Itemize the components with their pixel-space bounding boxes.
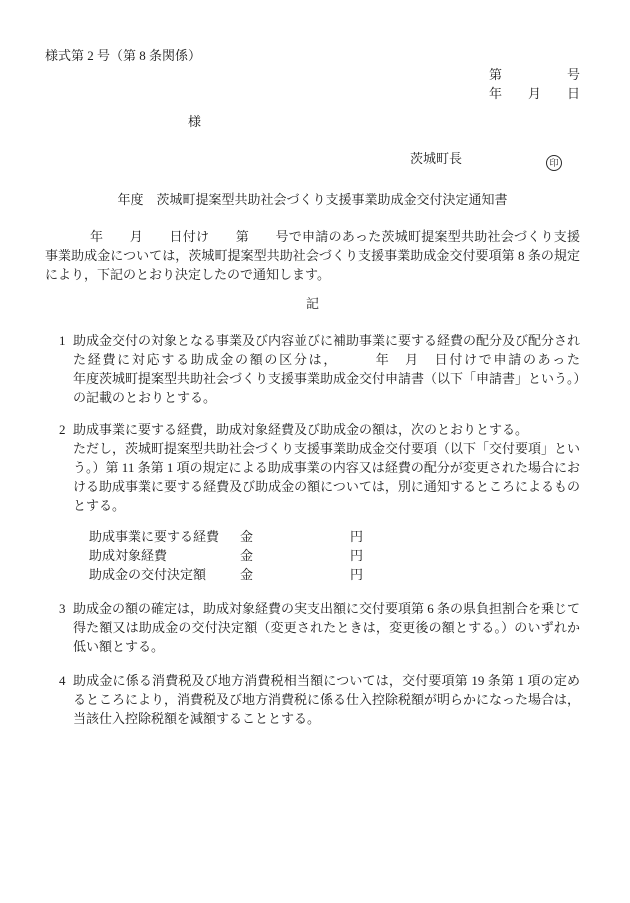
item-4-text: 助成金に係る消費税及び地方消費税相当額については，交付要項第 19 条第 1 項…: [73, 673, 580, 726]
currency-unit: 円: [350, 548, 363, 563]
item-2-text: 助成事業に要する経費，助成対象経費及び助成金の額は，次のとおりとする。: [73, 422, 528, 437]
currency-unit: 円: [350, 529, 363, 544]
addressee-honorific: 様: [188, 112, 580, 131]
ki-heading: 記: [45, 294, 580, 313]
item-1-number: 1: [59, 331, 66, 350]
amount-row-project-cost: 助成事業に要する経費金円: [89, 527, 580, 546]
item-2-number: 2: [59, 420, 66, 439]
currency-prefix: 金: [240, 529, 253, 544]
document-page: 様式第 2 号（第 8 条関係） 第 号 年 月 日 様 茨城町長印 年度 茨城…: [0, 0, 630, 903]
item-4-number: 4: [59, 671, 66, 690]
doc-date-line: 年 月 日: [45, 84, 580, 103]
amount-label: 助成金の交付決定額: [89, 565, 240, 584]
currency-prefix: 金: [240, 548, 253, 563]
amount-list: 助成事業に要する経費金円 助成対象経費金円 助成金の交付決定額金円: [89, 527, 580, 584]
item-1: 1 助成金交付の対象となる事業及び内容並びに補助事業に要する経費の配分及び配分さ…: [45, 331, 580, 407]
opening-paragraph: 年 月 日付け 第 号で申請のあった茨城町提案型共助社会づくり支援事業助成金につ…: [45, 227, 580, 284]
sender-name: 茨城町長: [410, 151, 462, 166]
item-3-number: 3: [59, 599, 66, 618]
doc-number-line: 第 号: [45, 65, 580, 84]
amount-label: 助成事業に要する経費: [89, 527, 240, 546]
form-label: 様式第 2 号（第 8 条関係）: [45, 46, 580, 65]
item-3-text: 助成金の額の確定は，助成対象経費の実支出額に交付要項第 6 条の県負担割合を乗じ…: [73, 601, 580, 654]
amount-label: 助成対象経費: [89, 546, 240, 565]
currency-prefix: 金: [240, 567, 253, 582]
item-2: 2 助成事業に要する経費，助成対象経費及び助成金の額は，次のとおりとする。 ただ…: [45, 420, 580, 515]
document-title: 年度 茨城町提案型共助社会づくり支援事業助成金交付決定通知書: [45, 190, 580, 209]
item-1-text: 助成金交付の対象となる事業及び内容並びに補助事業に要する経費の配分及び配分された…: [73, 333, 630, 405]
item-3: 3 助成金の額の確定は，助成対象経費の実支出額に交付要項第 6 条の県負担割合を…: [45, 599, 580, 656]
item-2-proviso: ただし，茨城町提案型共助社会づくり支援事業助成金交付要項（以下「交付要項」という…: [73, 439, 580, 515]
sender-line: 茨城町長印: [410, 149, 580, 171]
currency-unit: 円: [350, 567, 363, 582]
amount-row-eligible-cost: 助成対象経費金円: [89, 546, 580, 565]
header-right: 第 号 年 月 日: [45, 65, 580, 103]
amount-row-grant-decision: 助成金の交付決定額金円: [89, 565, 580, 584]
seal-mark-icon: 印: [546, 155, 562, 171]
item-4: 4 助成金に係る消費税及び地方消費税相当額については，交付要項第 19 条第 1…: [45, 671, 580, 728]
